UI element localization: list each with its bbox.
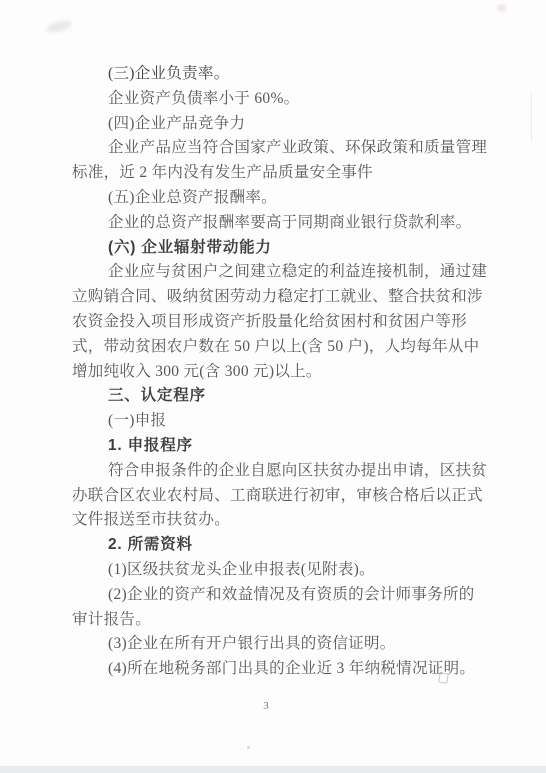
scan-smudge-artifact — [45, 19, 72, 34]
doc-line: 审计报告。 — [72, 608, 476, 633]
doc-line: 农资金投入项目形成资产折股量化给贫困村和贫困户等形 — [72, 310, 476, 335]
page-number: 3 — [0, 700, 539, 712]
subheading-radiation-capacity: (六) 企业辐射带动能力 — [72, 236, 476, 261]
scan-edge-strip — [0, 766, 546, 773]
doc-line: 立购销合同、吸纳贫困劳动力稳定打工就业、整合扶贫和涉 — [72, 285, 476, 310]
subheading-application-procedure: 1. 申报程序 — [72, 434, 476, 459]
doc-line: (4)所在地税务部门出具的企业近 3 年纳税情况证明。 — [72, 657, 476, 682]
subheading-total-asset-return: (五)企业总资产报酬率。 — [72, 186, 476, 211]
doc-line: 标准，近 2 年内没有发生产品质量安全事件 — [72, 161, 476, 186]
scan-line-artifact — [531, 92, 532, 142]
scan-mark-artifact — [438, 672, 448, 683]
doc-line: 企业应与贫困户之间建立稳定的利益连接机制，通过建 — [72, 260, 476, 285]
heading-certification-procedure: 三、认定程序 — [72, 384, 476, 409]
doc-line: 办联合区农业农村局、工商联进行初审，审核合格后以正式 — [72, 484, 476, 509]
doc-line: 式，带动贫困农户数在 50 户以上(含 50 户)，人均每年从中 — [72, 335, 476, 360]
document-body: (三)企业负责率。 企业资产负债率小于 60%。 (四)企业产品竞争力 企业产品… — [72, 62, 476, 682]
doc-line: 符合申报条件的企业自愿向区扶贫办提出申请，区扶贫 — [72, 459, 476, 484]
doc-line: (1)区级扶贫龙头企业申报表(见附表)。 — [72, 558, 476, 583]
scanned-document-page: (三)企业负责率。 企业资产负债率小于 60%。 (四)企业产品竞争力 企业产品… — [0, 0, 546, 773]
doc-line: 增加纯收入 300 元(含 300 元)以上。 — [72, 360, 476, 385]
doc-line: (2)企业的资产和效益情况及有资质的会计师事务所的 — [72, 583, 476, 608]
doc-line: 企业产品应当符合国家产业政策、环保政策和质量管理 — [72, 136, 476, 161]
subheading-debt-ratio: (三)企业负责率。 — [72, 62, 476, 87]
scan-dot-artifact — [247, 746, 250, 749]
doc-line: (3)企业在所有开户银行出具的资信证明。 — [72, 632, 476, 657]
subheading-application: (一)申报 — [72, 409, 476, 434]
subheading-product-competitiveness: (四)企业产品竞争力 — [72, 112, 476, 137]
doc-line: 企业的总资产报酬率要高于同期商业银行贷款利率。 — [72, 211, 476, 236]
subheading-required-materials: 2. 所需资料 — [72, 533, 476, 558]
doc-line: 文件报送至市扶贫办。 — [72, 508, 476, 533]
doc-line: 企业资产负债率小于 60%。 — [72, 87, 476, 112]
scan-speck-artifact — [497, 4, 507, 12]
